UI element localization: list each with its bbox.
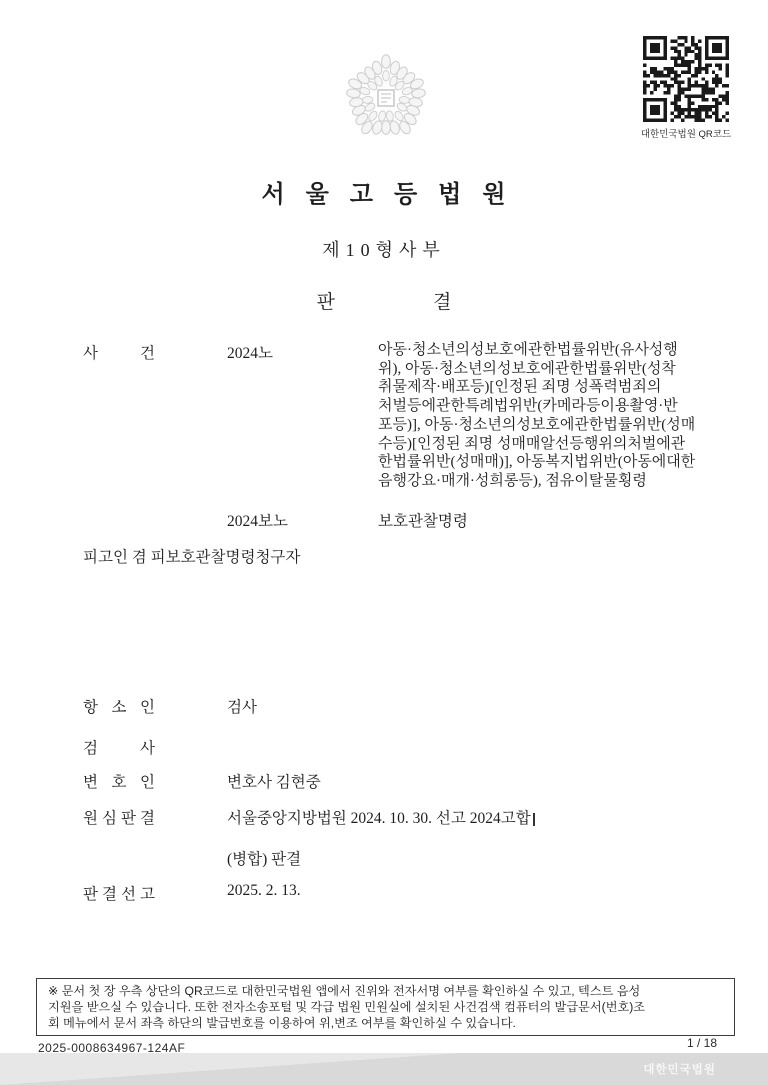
redaction-mark: [533, 813, 535, 826]
scan-bar-highlight: [0, 1053, 461, 1085]
case-number-probation: 2024보노: [227, 509, 288, 531]
prosecutor-row: 검 사: [0, 736, 768, 758]
appellant-value: 검사: [227, 695, 257, 717]
bottom-scan-bar: 대한민국법원: [0, 1053, 768, 1085]
appellant-row: 항 소 인 검사: [0, 695, 768, 717]
defendant-heading: 피고인 겸 피보호관찰명령청구자: [83, 545, 300, 567]
lower-judgment-value-line2: (병합) 판결: [227, 847, 301, 869]
verification-notice-box: ※ 문서 첫 장 우측 상단의 QR코드로 대한민국법원 앱에서 진위와 전자서…: [36, 978, 735, 1036]
notice-line: 회 메뉴에서 문서 좌측 하단의 발급번호를 이용하여 위,변조 여부를 확인하…: [48, 1016, 723, 1032]
lower-judgment-text: 서울중앙지방법원 2024. 10. 30. 선고 2024고합: [227, 810, 531, 827]
appellant-label: 항 소 인: [83, 695, 155, 717]
qr-block: 대한민국법원 QR코드: [636, 36, 736, 140]
lower-judgment-row: 원 심 판 결 서울중앙지방법원 2024. 10. 30. 선고 2024고합: [0, 806, 768, 828]
defense-counsel-row: 변 호 인 변호사 김현중: [0, 770, 768, 792]
document-title-char-2: 결: [433, 287, 451, 314]
court-name-title: 서 울 고 등 법 원: [0, 174, 768, 209]
notice-line: ※ 문서 첫 장 우측 상단의 QR코드로 대한민국법원 앱에서 진위와 전자서…: [48, 984, 723, 1000]
charges-line: 취물제작·배포등)[인정된 죄명 성폭력범죄의: [378, 378, 718, 397]
defense-counsel-label: 변 호 인: [83, 770, 155, 792]
court-watermark: 대한민국법원: [643, 1061, 716, 1077]
court-seal-stamp: [332, 54, 440, 146]
charges-line: 음행강요·매개·성희롱등), 점유이탈물횡령: [378, 472, 718, 491]
charges-text: 아동·청소년의성보호에관한법률위반(유사성행 위), 아동·청소년의성보호에관한…: [378, 341, 718, 491]
prosecutor-label: 검 사: [83, 736, 155, 758]
case-number-criminal: 2024노: [227, 341, 273, 363]
probation-case-row: 2024보노 보호관찰명령: [0, 509, 768, 531]
lower-judgment-value: 서울중앙지방법원 2024. 10. 30. 선고 2024고합: [227, 806, 535, 828]
notice-line: 지원을 받으실 수 있습니다. 또한 전자소송포털 및 각급 법원 민원실에 설…: [48, 1000, 723, 1016]
qr-code-image: [643, 36, 729, 122]
charges-line: 처벌등에관한특례법위반(카메라등이용촬영·반: [378, 397, 718, 416]
sentencing-date-value: 2025. 2. 13.: [227, 882, 301, 900]
sentencing-date-row: 판 결 선 고 2025. 2. 13.: [0, 882, 768, 904]
charges-line: 포등)], 아동·청소년의성보호에관한법률위반(성매: [378, 416, 718, 435]
qr-caption: 대한민국법원 QR코드: [636, 126, 736, 140]
lower-judgment-row-2: (병합) 판결: [0, 847, 768, 869]
defense-counsel-value: 변호사 김현중: [227, 770, 321, 792]
probation-title: 보호관찰명령: [378, 509, 468, 531]
division-title: 제10형사부: [0, 236, 768, 262]
case-label: 사 건: [83, 341, 155, 363]
judgment-document-page: 대한민국법원 QR코드 서 울 고 등 법 원 제10형사부 판 결 사 건 2…: [0, 0, 768, 1085]
document-title: 판 결: [0, 287, 768, 314]
charges-line: 아동·청소년의성보호에관한법률위반(유사성행: [378, 341, 718, 360]
charges-line: 수등)[인정된 죄명 성매매알선등행위의처벌에관: [378, 435, 718, 454]
lower-judgment-label: 원 심 판 결: [83, 806, 155, 828]
charges-line: 한법률위반(성매매)], 아동복지법위반(아동에대한: [378, 453, 718, 472]
charges-line: 위), 아동·청소년의성보호에관한법률위반(성착: [378, 360, 718, 379]
page-number: 1 / 18: [687, 1036, 717, 1050]
document-title-char-1: 판: [317, 287, 335, 314]
sentencing-date-label: 판 결 선 고: [83, 882, 155, 904]
